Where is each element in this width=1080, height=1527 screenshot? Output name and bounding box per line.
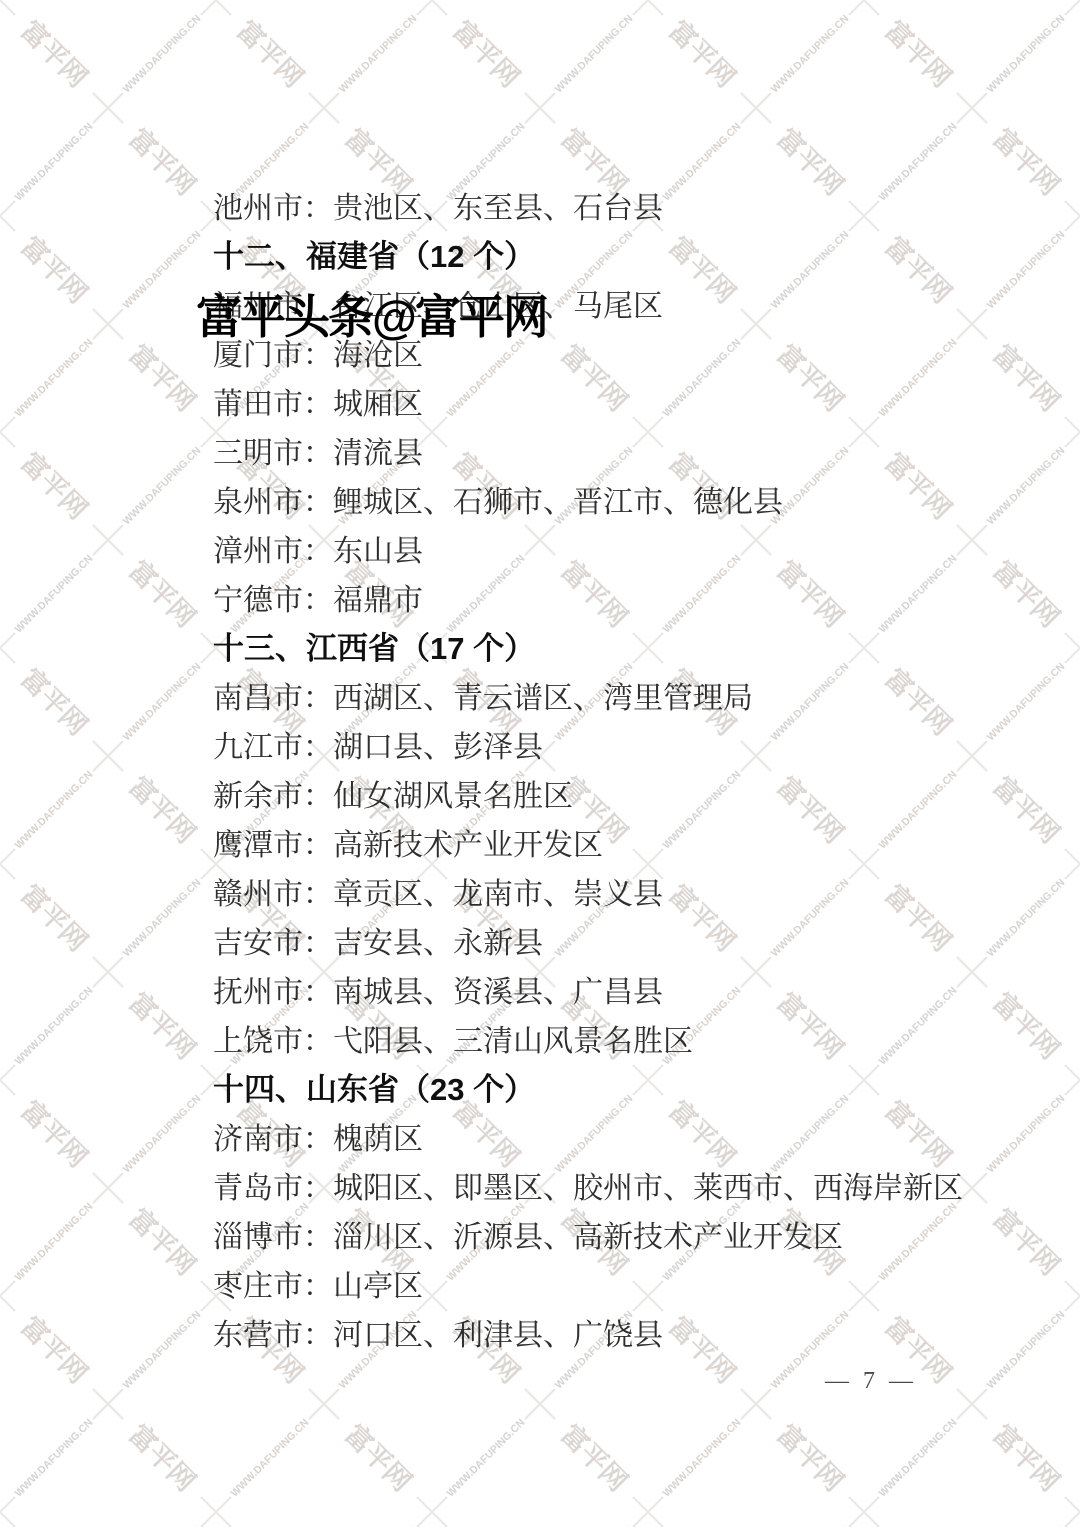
list-entry: 九江市：湖口县、彭泽县	[213, 719, 1080, 768]
list-entry: 东营市：河口区、利津县、广饶县	[213, 1307, 1080, 1356]
list-entry: 赣州市：章贡区、龙南市、崇义县	[213, 866, 1080, 915]
overlay-watermark-stamp: 富平头条@富平网	[196, 292, 547, 342]
list-entry: 淄博市：淄川区、沂源县、高新技术产业开发区	[213, 1209, 1080, 1258]
list-entry: 青岛市：城阳区、即墨区、胶州市、莱西市、西海岸新区	[213, 1160, 1080, 1209]
list-entry: 池州市：贵池区、东至县、石台县	[213, 180, 1080, 229]
list-entry: 抚州市：南城县、资溪县、广昌县	[213, 964, 1080, 1013]
list-entry: 新余市：仙女湖风景名胜区	[213, 768, 1080, 817]
list-entry: 上饶市：弋阳县、三清山风景名胜区	[213, 1013, 1080, 1062]
list-entry: 莆田市：城厢区	[213, 376, 1080, 425]
list-entry: 三明市：清流县	[213, 425, 1080, 474]
page-number: — 7 —	[825, 1368, 917, 1395]
list-entry: 鹰潭市：高新技术产业开发区	[213, 817, 1080, 866]
section-heading: 十二、福建省（12 个）	[213, 229, 1080, 278]
section-heading: 十四、山东省（23 个）	[213, 1062, 1080, 1111]
document-lines: 池州市：贵池区、东至县、石台县十二、福建省（12 个）福州市：台江区、仓山区、马…	[0, 180, 1080, 1356]
section-heading: 十三、江西省（17 个）	[213, 621, 1080, 670]
list-entry: 济南市：槐荫区	[213, 1111, 1080, 1160]
list-entry: 南昌市：西湖区、青云谱区、湾里管理局	[213, 670, 1080, 719]
list-entry: 枣庄市：山亭区	[213, 1258, 1080, 1307]
list-entry: 泉州市：鲤城区、石狮市、晋江市、德化县	[213, 474, 1080, 523]
document-page: 富平网 富平网 WWW.DAFUPING.CN WWW.DAFUPING.CN …	[0, 0, 1080, 1527]
list-entry: 漳州市：东山县	[213, 523, 1080, 572]
list-entry: 吉安市：吉安县、永新县	[213, 915, 1080, 964]
list-entry: 宁德市：福鼎市	[213, 572, 1080, 621]
